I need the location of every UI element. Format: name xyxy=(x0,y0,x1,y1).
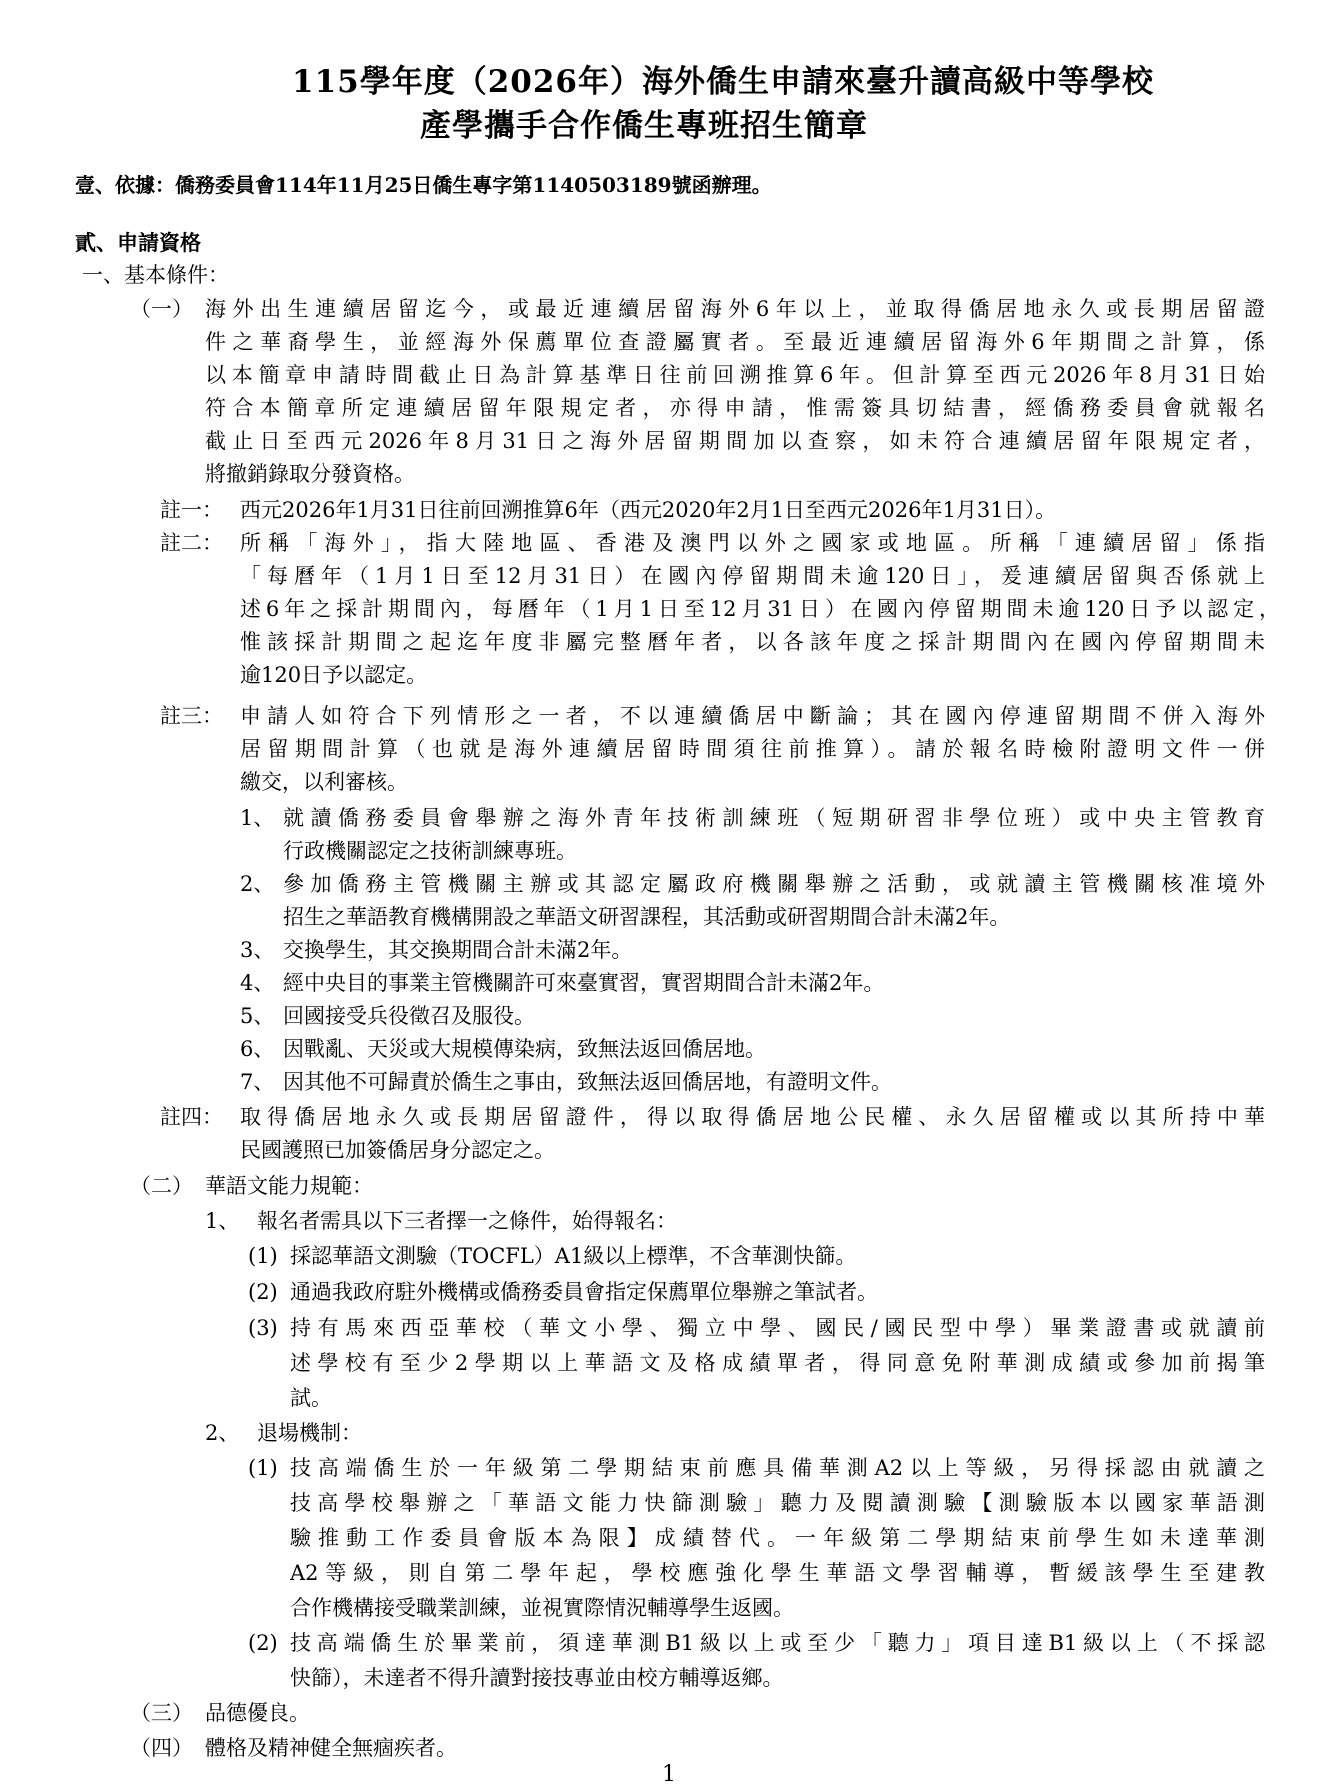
note-3-item-line: 因其他不可歸責於僑生之事由，致無法返回僑居地，有證明文件。 xyxy=(283,1069,892,1095)
note-3-line: 居留期間計算（也就是海外連續居留時間須往前推算）。請於報名時檢附證明文件一併 xyxy=(240,736,1265,764)
exit-rule-line: 驗推動工作委員會版本為限】成績替代。一年級第二學期結束前學生如未達華測 xyxy=(290,1525,1265,1553)
item-1-line: 海外出生連續居留迄今，或最近連續居留海外6年以上，並取得僑居地永久或長期居留證 xyxy=(205,296,1265,324)
item-3-marker: （三） xyxy=(130,1700,193,1726)
note-3-line: 繳交，以利審核。 xyxy=(240,769,408,795)
page-number: 1 xyxy=(2,1762,1334,1787)
note-4-line: 民國護照已加簽僑居身分認定之。 xyxy=(240,1137,555,1163)
note-2-line: 述6年之採計期間內，每曆年（1月1日至12月31日）在國內停留期間未逾120日予… xyxy=(240,596,1280,624)
note-4-line: 取得僑居地永久或長期居留證件，得以取得僑居地公民權、永久居留權或以其所持中華 xyxy=(240,1104,1265,1132)
note-2-line: 「每曆年（1月1日至12月31日）在國內停留期間未逾120日」，爰連續居留與否係… xyxy=(240,563,1265,591)
note-1-line: 西元2026年1月31日往前回溯推算6年（西元2020年2月1日至西元2026年… xyxy=(240,497,1056,523)
title-line-2: 產學攜手合作僑生專班招生簡章 xyxy=(420,100,868,145)
document-page: 115學年度（2026年）海外僑生申請來臺升讀高級中等學校 產學攜手合作僑生專班… xyxy=(0,0,1334,1792)
language-option-marker: (3) xyxy=(248,1315,278,1341)
title-line-1: 115學年度（2026年）海外僑生申請來臺升讀高級中等學校 xyxy=(292,56,1154,101)
item-1-line: 件之華裔學生，並經海外保薦單位查證屬實者。至最近連續居留海外6年期間之計算，係 xyxy=(205,329,1265,357)
item-4-marker: （四） xyxy=(130,1735,193,1761)
note-3-item-marker: 2、 xyxy=(240,871,274,897)
item-1-marker: （一） xyxy=(130,296,193,322)
language-option-line: 採認華語文測驗（TOCFL）A1級以上標準，不含華測快篩。 xyxy=(290,1243,856,1269)
note-3-item-line: 行政機關認定之技術訓練專班。 xyxy=(283,838,577,864)
note-3-line: 申請人如符合下列情形之一者，不以連續僑居中斷論；其在國內停連留期間不併入海外 xyxy=(240,703,1265,731)
language-option-line: 述學校有至少2學期以上華語文及格成績單者，得同意免附華測成績或參加前揭筆 xyxy=(290,1350,1265,1378)
item-3-text: 品德優良。 xyxy=(205,1700,310,1726)
item-2-marker: （二） xyxy=(130,1173,193,1199)
exit-rule-line: 技高端僑生於一年級第二學期結束前應具備華測A2以上等級，另得採認由就讀之 xyxy=(290,1455,1265,1483)
item-1-line: 將撤銷錄取分發資格。 xyxy=(205,461,415,487)
language-option-line: 通過我政府駐外機構或僑務委員會指定保薦單位舉辦之筆試者。 xyxy=(290,1279,878,1305)
note-3-item-marker: 4、 xyxy=(240,970,274,996)
exit-rule-line: 快篩），未達者不得升讀對接技專並由校方輔導返鄉。 xyxy=(290,1665,784,1691)
note-3-item-line: 就讀僑務委員會舉辦之海外青年技術訓練班（短期研習非學位班）或中央主管教育 xyxy=(283,805,1265,833)
language-option-line: 持有馬來西亞華校（華文小學、獨立中學、國民/國民型中學）畢業證書或就讀前 xyxy=(290,1315,1265,1343)
note-4-label: 註四： xyxy=(160,1104,223,1130)
note-3-item-line: 回國接受兵役徵召及服役。 xyxy=(283,1003,535,1029)
exit-rule-line: A2等級，則自第二學年起，學校應強化學生華語文學習輔導，暫緩該學生至建教 xyxy=(290,1560,1265,1588)
note-3-item-line: 經中央目的事業主管機關許可來臺實習，實習期間合計未滿2年。 xyxy=(283,970,884,996)
section-basis: 壹、依據：僑務委員會114年11月25日僑生專字第1140503189號函辦理。 xyxy=(75,172,772,198)
item-1-line: 以本簡章申請時間截止日為計算基準日往前回溯推算6年。但計算至西元2026年8月3… xyxy=(205,362,1265,390)
note-2-line: 所稱「海外」，指大陸地區、香港及澳門以外之國家或地區。所稱「連續居留」係指 xyxy=(240,530,1265,558)
note-3-item-marker: 6、 xyxy=(240,1036,274,1062)
exit-rule-line: 技高學校舉辦之「華語文能力快篩測驗」聽力及閱讀測驗【測驗版本以國家華語測 xyxy=(290,1490,1265,1518)
note-3-item-marker: 3、 xyxy=(240,937,274,963)
language-sub2-text: 退場機制： xyxy=(257,1420,362,1446)
language-option-line: 試。 xyxy=(290,1385,332,1411)
section-eligibility-heading: 貳、申請資格 xyxy=(75,230,201,256)
language-option-marker: (2) xyxy=(248,1279,278,1305)
language-sub1-marker: 1、 xyxy=(205,1208,239,1234)
language-sub2-marker: 2、 xyxy=(205,1420,239,1446)
note-2-label: 註二： xyxy=(160,530,223,556)
item-1-line: 符合本簡章所定連續居留年限規定者，亦得申請，惟需簽具切結書，經僑務委員會就報名 xyxy=(205,395,1265,423)
note-3-item-line: 交換學生，其交換期間合計未滿2年。 xyxy=(283,937,632,963)
exit-rule-marker: (1) xyxy=(248,1455,278,1481)
note-2-line: 惟該採計期間之起迄年度非屬完整曆年者，以各該年度之採計期間內在國內停留期間未 xyxy=(240,629,1265,657)
note-2-line: 逾120日予以認定。 xyxy=(240,662,427,688)
note-3-item-marker: 1、 xyxy=(240,805,274,831)
item-4-text: 體格及精神健全無痼疾者。 xyxy=(205,1735,457,1761)
note-1-label: 註一： xyxy=(160,497,223,523)
note-3-item-marker: 5、 xyxy=(240,1003,274,1029)
item-2-heading: 華語文能力規範： xyxy=(205,1173,373,1199)
language-option-marker: (1) xyxy=(248,1243,278,1269)
basic-conditions-heading: 一、基本條件： xyxy=(82,262,229,288)
exit-rule-line: 技高端僑生於畢業前，須達華測B1級以上或至少「聽力」項目達B1級以上（不採認 xyxy=(290,1630,1265,1658)
item-1-line: 截止日至西元2026年8月31日之海外居留期間加以查察，如未符合連續居留年限規定… xyxy=(205,428,1265,456)
note-3-label: 註三： xyxy=(160,703,223,729)
note-3-item-line: 因戰亂、天災或大規模傳染病，致無法返回僑居地。 xyxy=(283,1036,766,1062)
language-sub1-text: 報名者需具以下三者擇一之條件，始得報名： xyxy=(257,1208,677,1234)
note-3-item-marker: 7、 xyxy=(240,1069,274,1095)
note-3-item-line: 招生之華語教育機構開設之華語文研習課程，其活動或研習期間合計未滿2年。 xyxy=(283,904,1010,930)
exit-rule-line: 合作機構接受職業訓練，並視實際情況輔導學生返國。 xyxy=(290,1595,794,1621)
exit-rule-marker: (2) xyxy=(248,1630,278,1656)
note-3-item-line: 參加僑務主管機關主辦或其認定屬政府機關舉辦之活動，或就讀主管機關核准境外 xyxy=(283,871,1265,899)
